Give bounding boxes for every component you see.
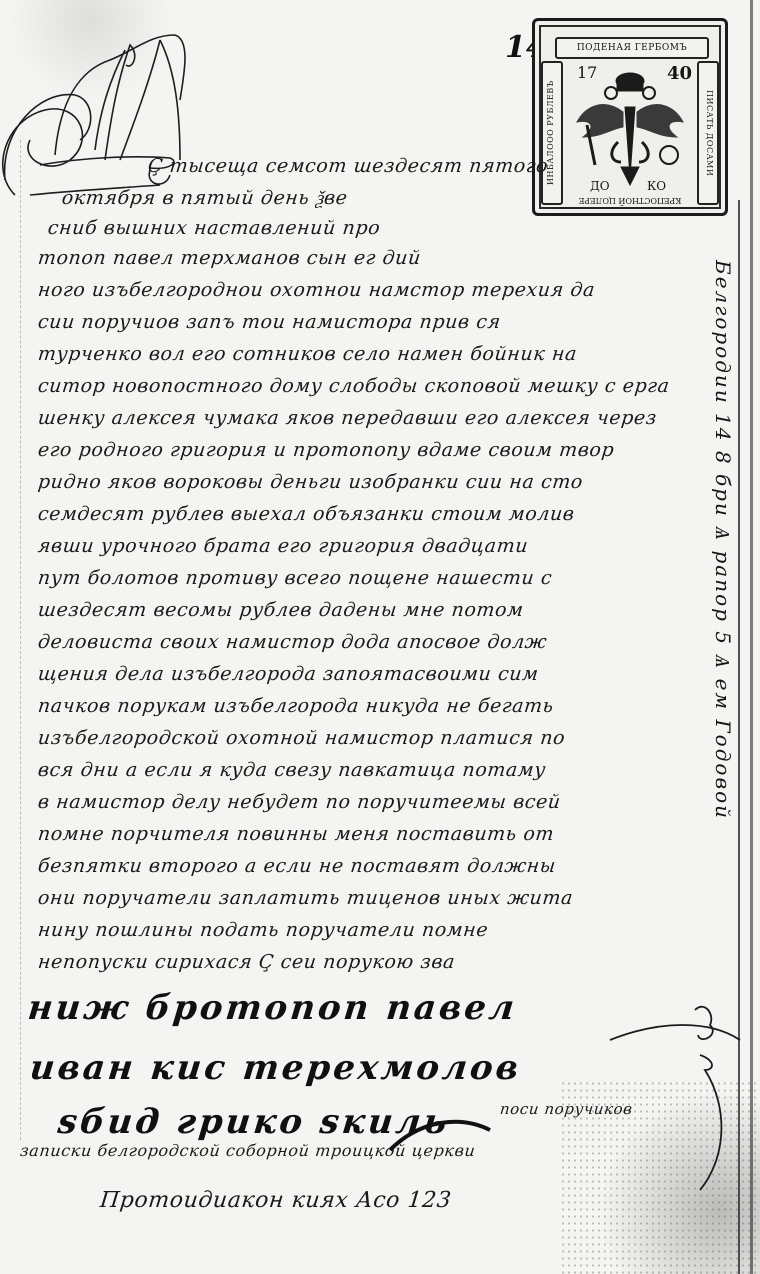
text-line: шенку алексея чумака яков передавши его … (36, 402, 679, 434)
text-line: в намистор делу небудет по поручитеемы в… (36, 786, 679, 818)
manuscript-page: 14 ПОДЕНАЯ ГЕРБОМЪ ИНБАЛООО РУБЛЕВЪ ПИСА… (0, 0, 760, 1274)
text-line: семдесят рублев выехал объязанки стоим м… (36, 498, 679, 530)
text-line: помне порчителя повинны меня поставить о… (36, 818, 679, 850)
stamp-top-band: ПОДЕНАЯ ГЕРБОМЪ (555, 37, 709, 59)
left-margin-rule (20, 140, 22, 1140)
text-line: сии поручиов запъ тои намистора прив ся (36, 306, 679, 338)
text-line: явши урочного брата его григория двадцат… (36, 530, 679, 562)
text-line: его родного григория и протопопу вдаме с… (36, 434, 679, 466)
text-line: ного изъбелгороднои охотнои намстор тере… (36, 274, 679, 306)
text-line: безпятки второго а если не поставят долж… (36, 850, 679, 882)
text-line: непопуски сирихася Ҫ сеи порукою зва (36, 946, 679, 978)
text-line: щения дела изъбелгорода запоятасвоими си… (36, 658, 679, 690)
text-line: деловиста своих намистор дода апосвое до… (36, 626, 679, 658)
text-line: сниб вышних наставлений про (36, 212, 679, 242)
signature-line: иван кис терехмолов (27, 1038, 681, 1098)
signature-flourish-icon (600, 1000, 760, 1200)
text-line: изъбелгородской охотной намистор платися… (36, 722, 679, 754)
text-line: ридно яков вороковы деньги изобранки сии… (36, 466, 679, 498)
signature-line: ниж бротопоп павел (25, 978, 681, 1038)
text-line: пачков порукам изъбелгорода никуда не бе… (36, 690, 679, 722)
text-line: Ҫ тысеща семсот шездесят пятого (36, 150, 679, 182)
text-line: ситор новопостного дому слободы скоповой… (36, 370, 679, 402)
margin-note: Белгородии 14 8 бри Ѧ рапор 5 Ѧ ем Годов… (695, 260, 735, 1020)
text-line: пут болотов противу всего пощене нашести… (36, 562, 679, 594)
text-line: октября в пятый день ѯве (36, 182, 679, 212)
text-line: они поручатели заплатить тиценов иных жи… (36, 882, 679, 914)
manuscript-body: Ҫ тысеща семсот шездесят пятого октября … (38, 150, 678, 1146)
stamp-right-band: ПИСАТЬ ДОСАМИ (697, 61, 719, 205)
text-line: шездесят весомы рублев дадены мне потом (36, 594, 679, 626)
text-line: вся дни а если я куда свезу павкатица по… (36, 754, 679, 786)
text-line: топоп павел терхманов сын ег дий (36, 242, 679, 274)
text-line: турченко вол его сотников село намен бой… (36, 338, 679, 370)
text-line: нину пошлины подать поручатели помне (36, 914, 679, 946)
registrar-line: Протоидиакон киях Асо 123 (98, 1185, 453, 1217)
signature-stroke-icon (380, 1100, 500, 1160)
